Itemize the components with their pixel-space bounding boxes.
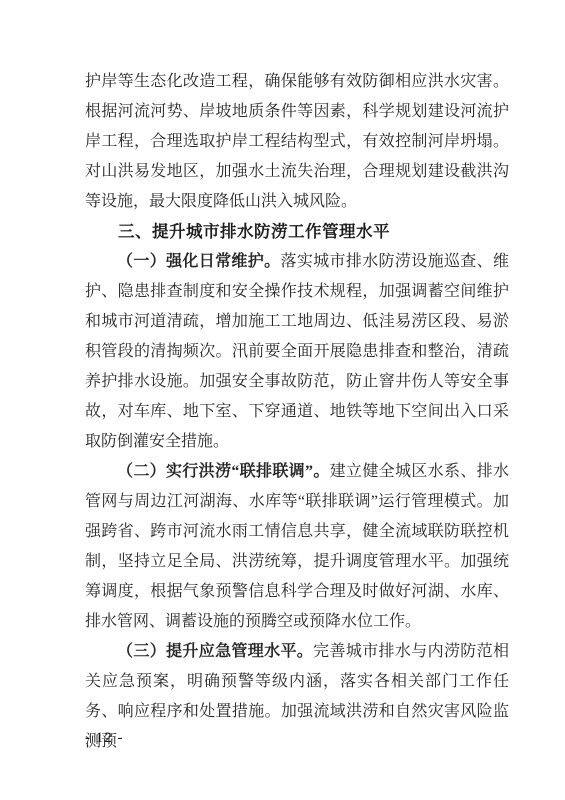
subsection-paragraph-3: （三）提升应急管理水平。完善城市排水与内涝防范相关应急预案，明确预警等级内涵，落…: [85, 637, 509, 757]
paragraph-text: 建立健全城区水系、排水管网与周边江河湖海、水库等“联排联调”运行管理模式。加强跨…: [85, 463, 509, 630]
continuation-paragraph: 护岸等生态化改造工程，确保能够有效防御相应洪水灾害。根据河流河势、岸坡地质条件等…: [85, 67, 509, 217]
subsection-paragraph-2: （二）实行洪涝“联排联调”。建立健全城区水系、排水管网与周边江河湖海、水库等“联…: [85, 457, 509, 637]
subsection-lead-3: （三）提升应急管理水平。: [117, 643, 313, 660]
paragraph-text: 落实城市排水防涝设施巡查、维护、隐患排查制度和安全操作技术规程，加强调蓄空间维护…: [85, 253, 509, 450]
page-content: 护岸等生态化改造工程，确保能够有效防御相应洪水灾害。根据河流河势、岸坡地质条件等…: [85, 67, 509, 757]
document-page: 护岸等生态化改造工程，确保能够有效防御相应洪水灾害。根据河流河势、岸坡地质条件等…: [0, 0, 565, 800]
page-number: - 12 -: [85, 728, 124, 748]
subsection-paragraph-1: （一）强化日常维护。落实城市排水防涝设施巡查、维护、隐患排查制度和安全操作技术规…: [85, 247, 509, 457]
subsection-lead-1: （一）强化日常维护。: [117, 253, 280, 270]
section-heading: 三、提升城市排水防涝工作管理水平: [85, 217, 509, 247]
paragraph-text: 护岸等生态化改造工程，确保能够有效防御相应洪水灾害。根据河流河势、岸坡地质条件等…: [85, 73, 509, 210]
subsection-lead-2: （二）实行洪涝“联排联调”。: [117, 463, 330, 480]
